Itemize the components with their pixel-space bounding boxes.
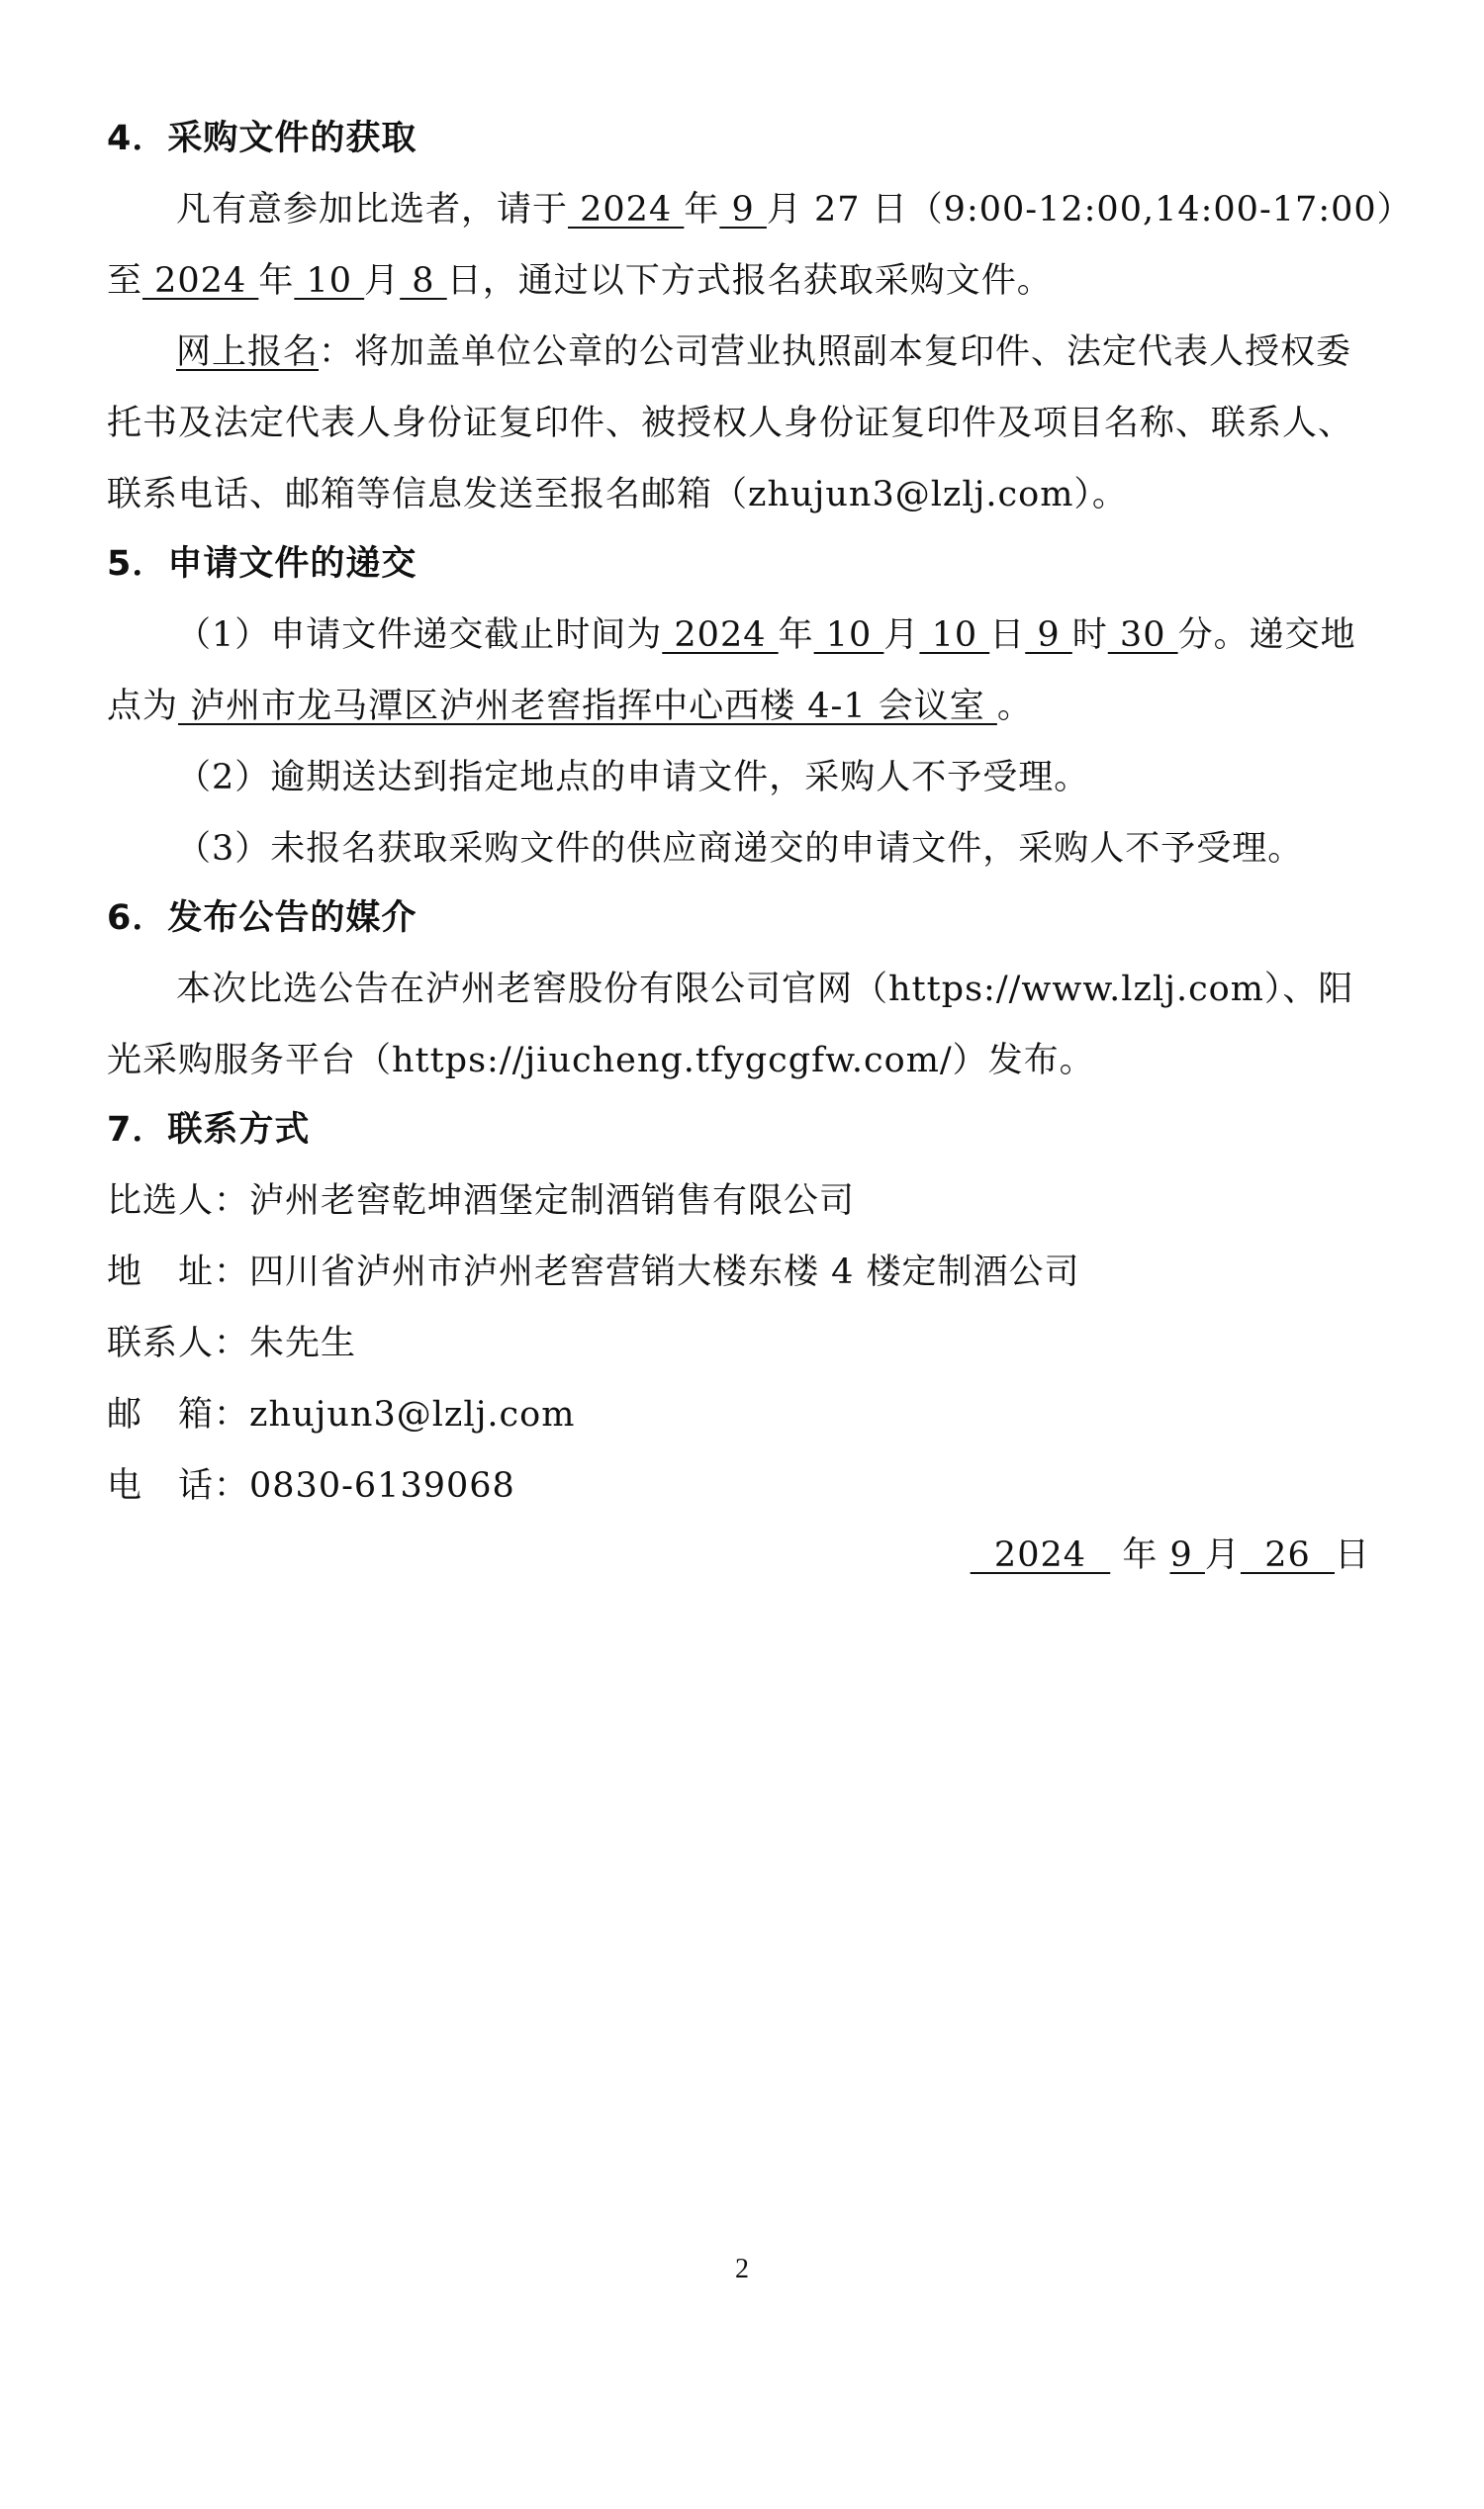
contact-address: 地 址：四川省泸州市泸州老窖营销大楼东楼 4 楼定制酒公司 (107, 1251, 1080, 1294)
start-year: 2024 (568, 190, 684, 230)
section-6-heading: 6．发布公告的媒介 (107, 896, 417, 940)
section-4-heading: 4．采购文件的获取 (107, 117, 417, 160)
end-day: 8 (400, 261, 447, 301)
end-month: 10 (294, 261, 364, 301)
section-5-heading: 5．申请文件的递交 (107, 542, 417, 586)
submission-location: 泸州市龙马潭区泸州老窖指挥中心西楼 4-1 会议室 (178, 687, 997, 726)
section-6-line2: 光采购服务平台（https://jiucheng.tfygcgfw.com/）发… (107, 1039, 1095, 1082)
contact-email: 邮 箱：zhujun3@lzlj.com (107, 1393, 575, 1437)
sign-month: 9 (1170, 1535, 1205, 1575)
signature-date: 2024 年 9 月 26 日 (971, 1533, 1370, 1577)
sign-day: 26 (1241, 1535, 1335, 1575)
contact-person: 联系人：朱先生 (107, 1322, 356, 1365)
contact-phone: 电 话：0830-6139068 (107, 1464, 515, 1508)
section-4-para2-line3: 联系电话、邮箱等信息发送至报名邮箱（zhujun3@lzlj.com）。 (107, 473, 1128, 516)
page-number: 2 (0, 2254, 1484, 2285)
section-5-item1-line2: 点为 泸州市龙马潭区泸州老窖指挥中心西楼 4-1 会议室 。 (107, 685, 1033, 728)
section-5-item1-line1: （1）申请文件递交截止时间为 2024 年 10 月 10 日 9 时 30 分… (176, 613, 1356, 657)
deadline-day: 10 (919, 615, 989, 655)
section-4-para1-line2: 至 2024 年 10 月 8 日，通过以下方式报名获取采购文件。 (107, 259, 1053, 303)
deadline-minute: 30 (1108, 615, 1178, 655)
contact-bidder: 比选人：泸州老窖乾坤酒堡定制酒销售有限公司 (107, 1179, 855, 1223)
deadline-month: 10 (814, 615, 884, 655)
start-month: 9 (719, 190, 767, 230)
section-5-item3: （3）未报名获取采购文件的供应商递交的申请文件，采购人不予受理。 (176, 827, 1303, 871)
end-year: 2024 (142, 261, 258, 301)
section-4-para2-line2: 托书及法定代表人身份证复印件、被授权人身份证复印件及项目名称、联系人、 (107, 402, 1353, 445)
section-7-heading: 7．联系方式 (107, 1108, 310, 1152)
section-6-line1: 本次比选公告在泸州老窖股份有限公司官网（https://www.lzlj.com… (176, 968, 1353, 1011)
section-4-para1-line1: 凡有意参加比选者，请于 2024 年 9 月 27 日（9:00-12:00,1… (176, 188, 1413, 232)
document-page: 4．采购文件的获取 凡有意参加比选者，请于 2024 年 9 月 27 日（9:… (0, 0, 1484, 2509)
section-4-para2-line1: 网上报名：将加盖单位公章的公司营业执照副本复印件、法定代表人授权委 (176, 330, 1351, 374)
deadline-year: 2024 (662, 615, 778, 655)
deadline-hour: 9 (1025, 615, 1072, 655)
online-registration-label: 网上报名 (176, 332, 319, 372)
section-5-item2: （2）逾期送达到指定地点的申请文件，采购人不予受理。 (176, 756, 1089, 799)
sign-year: 2024 (971, 1535, 1111, 1575)
